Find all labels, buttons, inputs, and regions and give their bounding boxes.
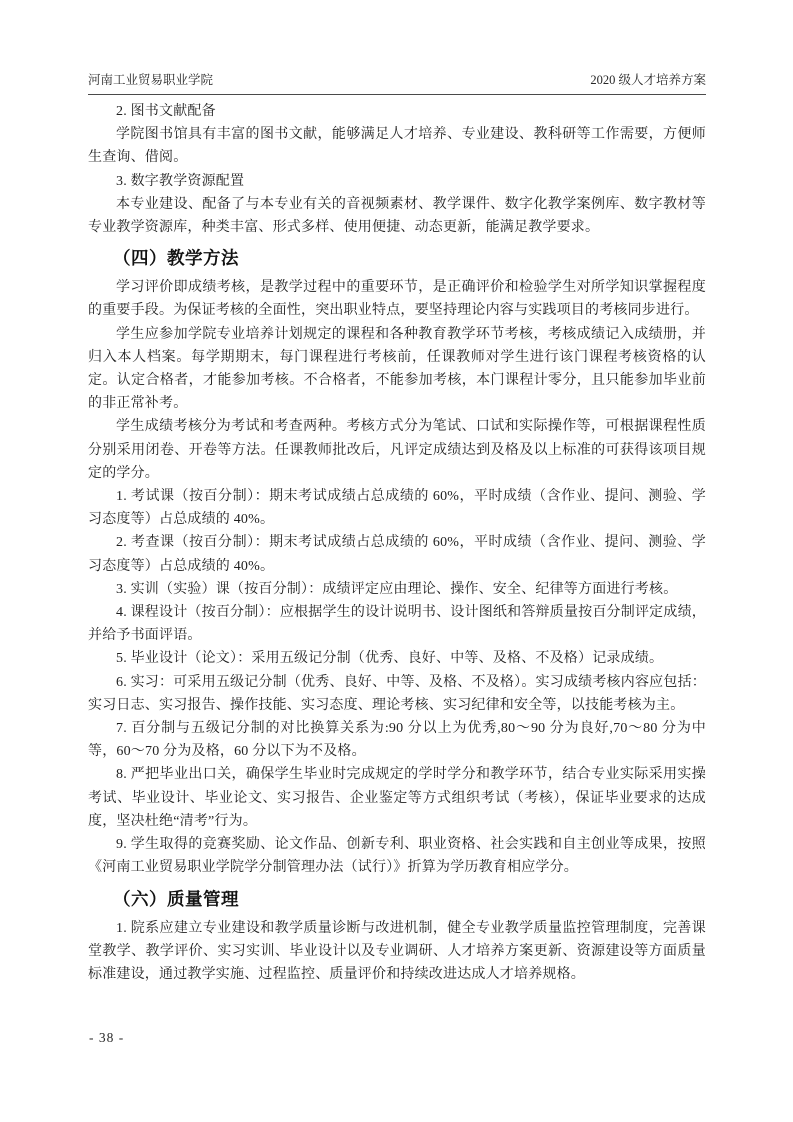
page-footer: - 38 - [89, 1030, 124, 1046]
section-heading: （四）教学方法 [88, 244, 706, 273]
paragraph: 3. 实训（实验）课（按百分制）：成绩评定应由理论、操作、安全、纪律等方面进行考… [88, 578, 706, 601]
document-body: 2. 图书文献配备学院图书馆具有丰富的图书文献，能够满足人才培养、专业建设、教科… [88, 100, 706, 986]
paragraph: 2. 考查课（按百分制）：期末考试成绩占总成绩的 60%，平时成绩（含作业、提问… [88, 531, 706, 577]
paragraph: 1. 考试课（按百分制）：期末考试成绩占总成绩的 60%，平时成绩（含作业、提问… [88, 485, 706, 531]
paragraph: 4. 课程设计（按百分制）：应根据学生的设计说明书、设计图纸和答辩质量按百分制评… [88, 601, 706, 647]
header-doc-title: 2020 级人才培养方案 [590, 73, 706, 88]
paragraph: 8. 严把毕业出口关，确保学生毕业时完成规定的学时学分和教学环节，结合专业实际采… [88, 763, 706, 833]
list-item-heading: 3. 数字教学资源配置 [88, 170, 706, 193]
paragraph: 学院图书馆具有丰富的图书文献，能够满足人才培养、专业建设、教科研等工作需要，方便… [88, 123, 706, 169]
header-school-name: 河南工业贸易职业学院 [88, 73, 213, 88]
paragraph: 学习评价即成绩考核，是教学过程中的重要环节，是正确评价和检验学生对所学知识掌握程… [88, 276, 706, 322]
section-heading: （六）质量管理 [88, 885, 706, 914]
paragraph: 学生成绩考核分为考试和考查两种。考核方式分为笔试、口试和实际操作等，可根据课程性… [88, 415, 706, 485]
paragraph: 1. 院系应建立专业建设和教学质量诊断与改进机制，健全专业教学质量监控管理制度，… [88, 917, 706, 987]
list-item-heading: 2. 图书文献配备 [88, 100, 706, 123]
paragraph: 6. 实习：可采用五级记分制（优秀、良好、中等、及格、不及格）。实习成绩考核内容… [88, 671, 706, 717]
paragraph: 5. 毕业设计（论文）：采用五级记分制（优秀、良好、中等、及格、不及格）记录成绩… [88, 647, 706, 670]
paragraph: 9. 学生取得的竞赛奖励、论文作品、创新专利、职业资格、社会实践和自主创业等成果… [88, 833, 706, 879]
paragraph: 学生应参加学院专业培养计划规定的课程和各种教育教学环节考核，考核成绩记入成绩册，… [88, 323, 706, 416]
document-page: 河南工业贸易职业学院 2020 级人才培养方案 2. 图书文献配备学院图书馆具有… [0, 0, 793, 1122]
paragraph: 本专业建设、配备了与本专业有关的音视频素材、教学课件、数字化教学案例库、数字教材… [88, 193, 706, 239]
paragraph: 7. 百分制与五级记分制的对比换算关系为:90 分以上为优秀,80～90 分为良… [88, 717, 706, 763]
page-header: 河南工业贸易职业学院 2020 级人才培养方案 [88, 73, 706, 95]
page-number: - 38 - [89, 1030, 124, 1045]
